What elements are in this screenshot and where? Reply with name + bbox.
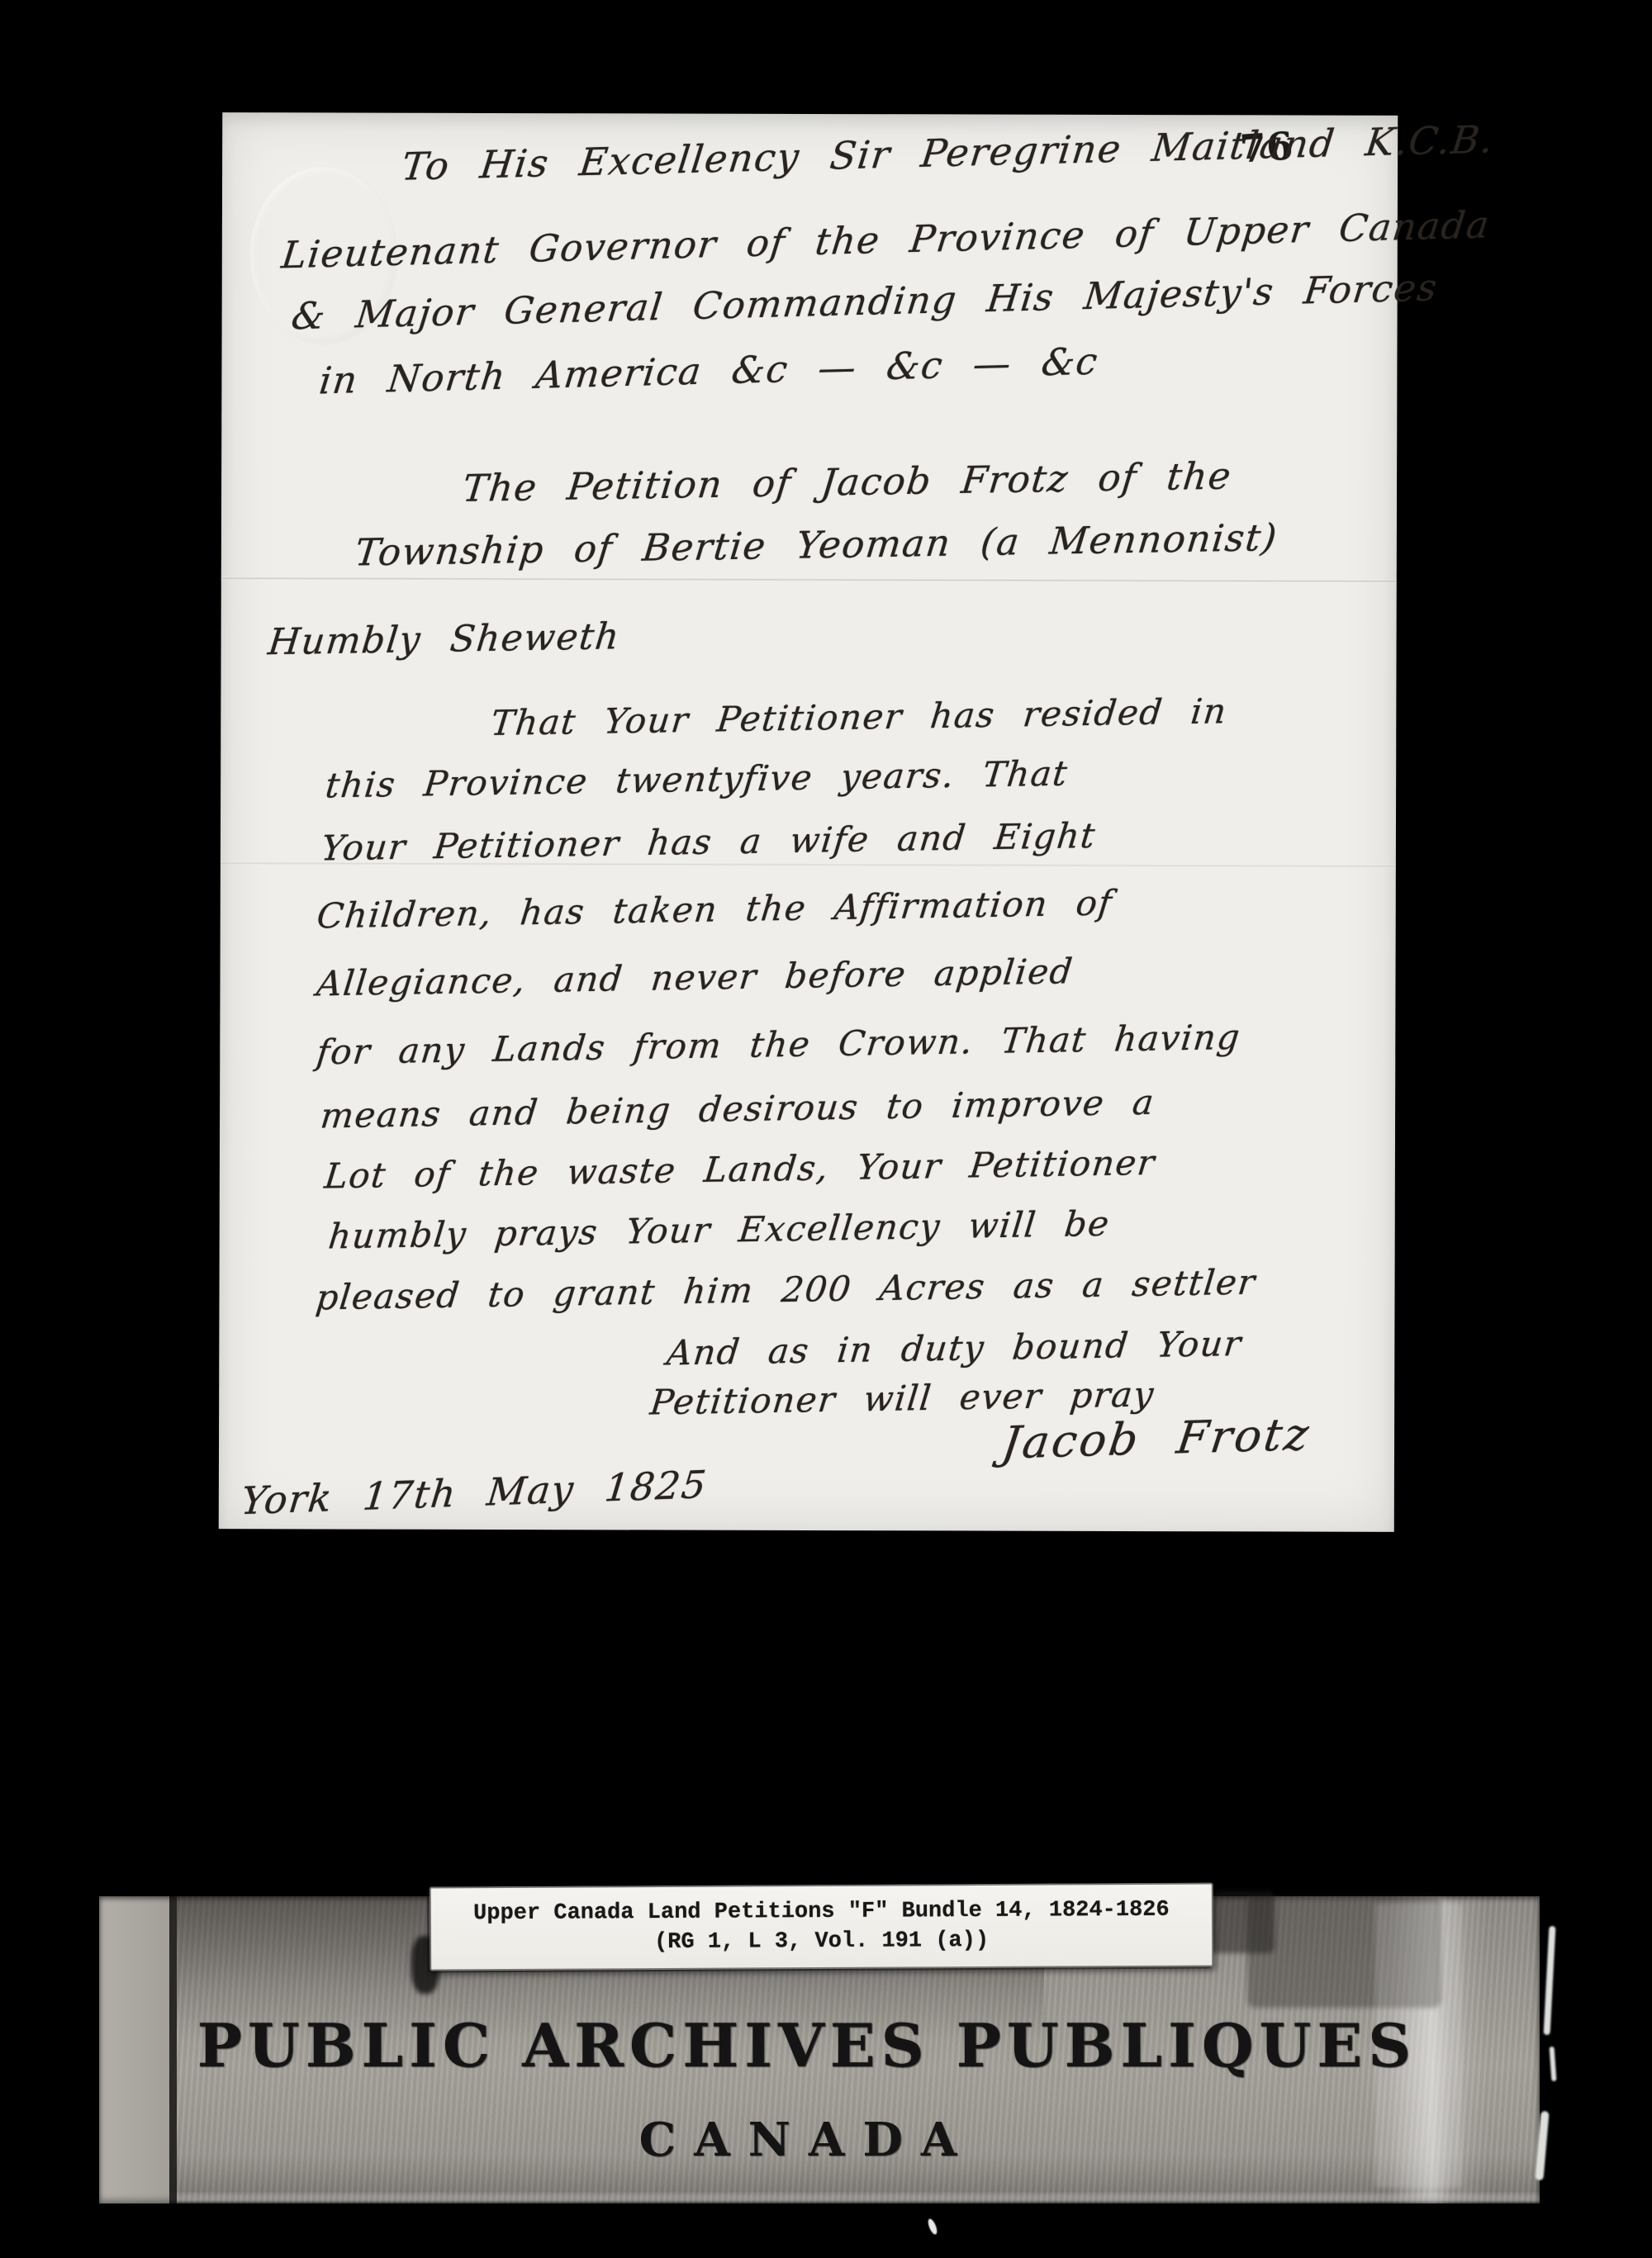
body-line: this Province twentyfive years. That (324, 757, 1070, 804)
archives-banner: Upper Canada Land Petitions "F" Bundle 1… (99, 1896, 1540, 2203)
banner-subtitle: CANADA (99, 2113, 1515, 2167)
film-scratch (1550, 2047, 1557, 2081)
dateline: York 17th May 1825 (240, 1465, 710, 1520)
petition-line: Township of Bertie Yeoman (a Mennonist) (354, 519, 1279, 571)
body-line: Children, has taken the Affirmation of (316, 886, 1114, 934)
body-line: That Your Petitioner has resided in (489, 694, 1228, 741)
body-line: means and being desirous to improve a (319, 1085, 1156, 1134)
banner-title: PUBLIC ARCHIVES PUBLIQUES (99, 2010, 1515, 2080)
body-line: pleased to grant him 200 Acres as a sett… (314, 1265, 1257, 1316)
closing-line: Petitioner will ever pray (648, 1377, 1156, 1420)
address-line: Lieutenant Governor of the Province of U… (280, 206, 1493, 273)
body-line: Your Petitioner has a wife and Eight (320, 818, 1098, 866)
signature: Jacob Frotz (999, 1412, 1313, 1466)
body-line: humbly prays Your Excellency will be (327, 1207, 1112, 1255)
address-line: in North America &c — &c — &c (317, 343, 1100, 400)
address-line: & Major General Commanding His Majesty's… (290, 268, 1441, 334)
body-line: for any Lands from the Crown. That havin… (315, 1020, 1242, 1070)
body-line: Allegiance, and never before applied (315, 954, 1075, 1001)
closing-line: And as in duty bound Your (665, 1326, 1243, 1370)
film-fleck (927, 2218, 939, 2236)
archive-label-line1: Upper Canada Land Petitions "F" Bundle 1… (473, 1895, 1170, 1928)
archive-label-line2: (RG 1, L 3, Vol. 191 (a)) (654, 1926, 989, 1957)
petition-page: 76 To His Excellency Sir Peregrine Maitl… (219, 112, 1398, 1532)
petition-line: The Petition of Jacob Frotz of the (461, 458, 1233, 507)
microfilm-frame: 76 To His Excellency Sir Peregrine Maitl… (0, 0, 1652, 2258)
body-line: Lot of the waste Lands, Your Petitioner (323, 1146, 1157, 1194)
address-line: To His Excellency Sir Peregrine Maitland… (400, 120, 1496, 185)
archive-label: Upper Canada Land Petitions "F" Bundle 1… (430, 1883, 1214, 1971)
salutation: Humbly Sheweth (267, 619, 622, 661)
fold-crease (221, 576, 1397, 583)
film-scratch (1544, 1926, 1556, 2035)
